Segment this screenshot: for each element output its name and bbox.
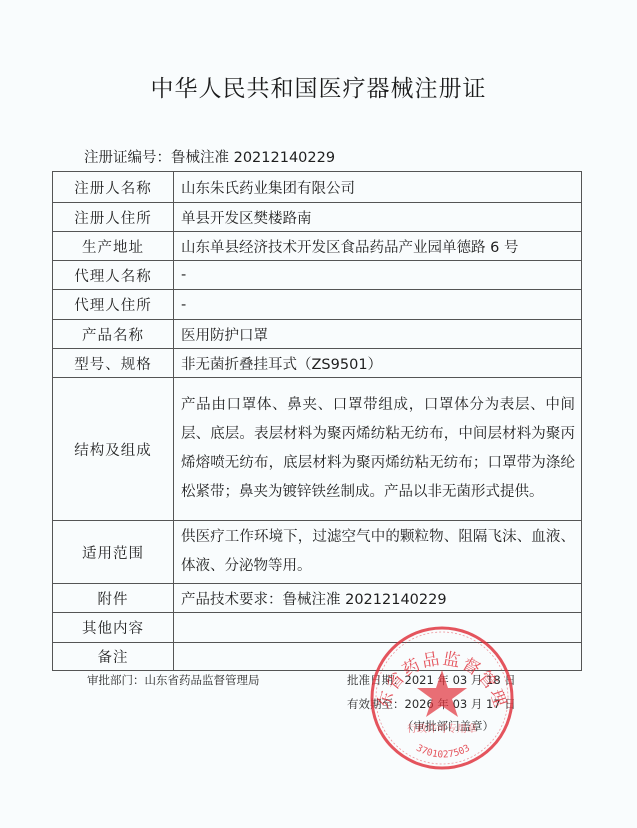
row-label: 注册人住所 — [53, 203, 174, 232]
row-value: - — [174, 290, 582, 320]
seal-note: （审批部门盖章） — [402, 718, 494, 734]
seal-number: 3701027503 — [414, 743, 472, 761]
certificate-table: 注册人名称 山东朱氏药业集团有限公司 注册人住所 单县开发区樊楼路南 生产地址 … — [52, 171, 582, 671]
row-value: 供医疗工作环境下，过滤空气中的颗粒物、阻隔飞沫、血液、体液、分泌物等用。 — [174, 521, 582, 584]
row-label: 代理人名称 — [53, 261, 174, 290]
row-value: 山东朱氏药业集团有限公司 — [174, 172, 582, 203]
registration-number-label: 注册证编号： — [84, 150, 171, 166]
row-value — [174, 613, 582, 643]
row-label: 备注 — [53, 643, 174, 671]
row-label: 产品名称 — [53, 320, 174, 349]
row-label: 附件 — [53, 584, 174, 613]
table-row-production-address: 生产地址 山东单县经济技术开发区食品药品产业园单德路 6 号 — [53, 232, 582, 261]
document-title: 中华人民共和国医疗器械注册证 — [0, 70, 637, 103]
row-value — [174, 643, 582, 671]
row-value: 产品技术要求：鲁械注准 20212140229 — [174, 584, 582, 613]
row-label: 注册人名称 — [53, 172, 174, 203]
approval-department: 审批部门：山东省药品监督管理局 — [87, 672, 260, 688]
row-label: 其他内容 — [53, 613, 174, 643]
row-value: - — [174, 261, 582, 290]
row-label: 代理人住所 — [53, 290, 174, 320]
row-value: 医用防护口罩 — [174, 320, 582, 349]
approval-date: 批准日期：2021 年 03 月 18 日 — [347, 672, 516, 688]
row-label: 型号、规格 — [53, 349, 174, 378]
table-row-remarks: 备注 — [53, 643, 582, 671]
table-row-structure: 结构及组成 产品由口罩体、鼻夹、口罩带组成，口罩体分为表层、中间层、底层。表层材… — [53, 378, 582, 521]
table-row-attachment: 附件 产品技术要求：鲁械注准 20212140229 — [53, 584, 582, 613]
row-label: 结构及组成 — [53, 378, 174, 521]
table-row-product-name: 产品名称 医用防护口罩 — [53, 320, 582, 349]
table-row-agent-address: 代理人住所 - — [53, 290, 582, 320]
row-value: 非无菌折叠挂耳式（ZS9501） — [174, 349, 582, 378]
row-label: 适用范围 — [53, 521, 174, 584]
table-row-scope: 适用范围 供医疗工作环境下，过滤空气中的颗粒物、阻隔飞沫、血液、体液、分泌物等用… — [53, 521, 582, 584]
table-row-registrant-address: 注册人住所 单县开发区樊楼路南 — [53, 203, 582, 232]
table-row-model-spec: 型号、规格 非无菌折叠挂耳式（ZS9501） — [53, 349, 582, 378]
table-row-registrant-name: 注册人名称 山东朱氏药业集团有限公司 — [53, 172, 582, 203]
registration-number-value: 鲁械注准 20212140229 — [171, 150, 335, 166]
row-value: 山东单县经济技术开发区食品药品产业园单德路 6 号 — [174, 232, 582, 261]
row-value: 单县开发区樊楼路南 — [174, 203, 582, 232]
registration-number: 注册证编号：鲁械注准 20212140229 — [84, 146, 335, 167]
table-row-agent-name: 代理人名称 - — [53, 261, 582, 290]
table-row-other: 其他内容 — [53, 613, 582, 643]
valid-until: 有效期至：2026 年 03 月 17 日 — [347, 696, 516, 712]
row-value: 产品由口罩体、鼻夹、口罩带组成，口罩体分为表层、中间层、底层。表层材料为聚丙烯纺… — [174, 378, 582, 521]
row-label: 生产地址 — [53, 232, 174, 261]
